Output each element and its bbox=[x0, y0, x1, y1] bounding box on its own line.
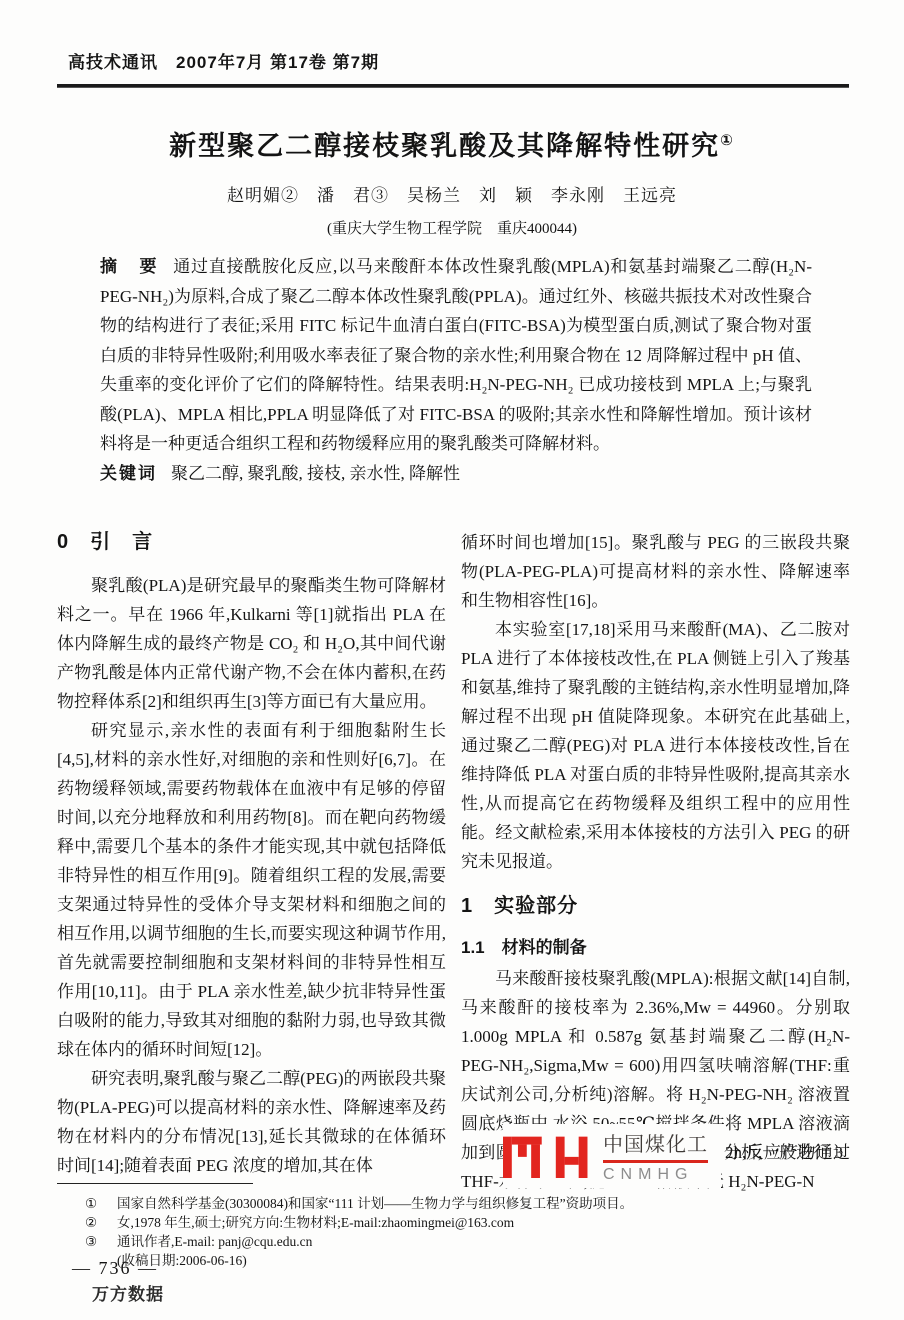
page-number: — 736 — bbox=[72, 1258, 158, 1279]
abstract-paragraph: 摘 要通过直接酰胺化反应,以马来酸酐本体改性聚乳酸(MPLA)和氨基封端聚乙二醇… bbox=[100, 252, 812, 459]
paper-page: 高技术通讯 2007年7月 第17卷 第7期 新型聚乙二醇接枝聚乳酸及其降解特性… bbox=[0, 0, 904, 1320]
footnote-3-text: 通讯作者,E-mail: panj@cqu.edu.cn bbox=[117, 1232, 312, 1251]
section-heading-intro: 0 引 言 bbox=[57, 528, 446, 557]
footnote-1: ① 国家自然科学基金(30300084)和国家“111 计划——生物力学与组织修… bbox=[85, 1194, 825, 1213]
footnote-3-marker: ③ bbox=[85, 1232, 117, 1251]
watermark-text-column: 中国煤化工 CNMHG bbox=[603, 1128, 708, 1184]
received-date: (收稿日期:2006-06-16) bbox=[117, 1251, 825, 1270]
covered-line-tail-text: 分析,一般进行 3 bbox=[724, 1138, 843, 1163]
database-mark: 万方数据 bbox=[92, 1280, 164, 1305]
keywords-text: 聚乙二醇, 聚乳酸, 接枝, 亲水性, 降解性 bbox=[171, 464, 460, 483]
intro-paragraph-2: 研究显示,亲水性的表面有利于细胞黏附生长[4,5],材料的亲水性好,对细胞的亲和… bbox=[57, 716, 446, 1064]
section-heading-experiment: 1 实验部分 bbox=[461, 892, 850, 921]
watermark-latin-text: CNMHG bbox=[603, 1166, 708, 1184]
footnote-1-text: 国家自然科学基金(30300084)和国家“111 计划——生物力学与组织修复工… bbox=[117, 1194, 633, 1213]
left-column: 0 引 言 聚乳酸(PLA)是研究最早的聚酯类生物可降解材料之一。早在 1966… bbox=[57, 528, 446, 1180]
abstract-block: 摘 要通过直接酰胺化反应,以马来酸酐本体改性聚乳酸(MPLA)和氨基封端聚乙二醇… bbox=[100, 252, 812, 488]
footnote-1-marker: ① bbox=[85, 1194, 117, 1213]
intro-paragraph-3-continued: 循环时间也增加[15]。聚乳酸与 PEG 的三嵌段共聚物(PLA-PEG-PLA… bbox=[461, 528, 850, 615]
cnmhg-watermark: 中国煤化工 CNMHG bbox=[503, 1124, 721, 1188]
footnote-2: ② 女,1978 年生,硕士;研究方向:生物材料;E-mail:zhaoming… bbox=[85, 1213, 825, 1232]
keywords-label: 关键词 bbox=[100, 464, 157, 483]
header-rule bbox=[57, 84, 849, 88]
cnmhg-logo-icon bbox=[503, 1133, 591, 1179]
paper-title-text: 新型聚乙二醇接枝聚乳酸及其降解特性研究 bbox=[169, 131, 720, 161]
affiliation-line: (重庆大学生物工程学院 重庆400044) bbox=[57, 217, 847, 238]
abstract-text: 通过直接酰胺化反应,以马来酸酐本体改性聚乳酸(MPLA)和氨基封端聚乙二醇(H₂… bbox=[100, 257, 812, 453]
footnote-3: ③ 通讯作者,E-mail: panj@cqu.edu.cn bbox=[85, 1232, 825, 1251]
title-footnote-mark: ① bbox=[720, 132, 735, 149]
watermark-chinese-text: 中国煤化工 bbox=[603, 1128, 708, 1163]
intro-paragraph-1: 聚乳酸(PLA)是研究最早的聚酯类生物可降解材料之一。早在 1966 年,Kul… bbox=[57, 571, 446, 716]
keywords-line: 关键词聚乙二醇, 聚乳酸, 接枝, 亲水性, 降解性 bbox=[100, 459, 812, 489]
footnotes-block: ① 国家自然科学基金(30300084)和国家“111 计划——生物力学与组织修… bbox=[85, 1194, 825, 1270]
right-column: 循环时间也增加[15]。聚乳酸与 PEG 的三嵌段共聚物(PLA-PEG-PLA… bbox=[461, 528, 850, 1196]
footnote-2-marker: ② bbox=[85, 1213, 117, 1232]
subsection-heading-materials: 1.1 材料的制备 bbox=[461, 933, 850, 962]
journal-header: 高技术通讯 2007年7月 第17卷 第7期 bbox=[68, 48, 379, 73]
intro-paragraph-3: 研究表明,聚乳酸与聚乙二醇(PEG)的两嵌段共聚物(PLA-PEG)可以提高材料… bbox=[57, 1064, 446, 1180]
intro-paragraph-4: 本实验室[17,18]采用马来酸酐(MA)、乙二胺对 PLA 进行了本体接枝改性… bbox=[461, 615, 850, 876]
authors-line: 赵明媚② 潘 君③ 吴杨兰 刘 颖 李永刚 王远亮 bbox=[57, 181, 847, 206]
abstract-label: 摘 要 bbox=[100, 257, 159, 276]
footnote-2-text: 女,1978 年生,硕士;研究方向:生物材料;E-mail:zhaomingme… bbox=[117, 1213, 514, 1232]
footnote-divider bbox=[57, 1183, 253, 1184]
paper-title: 新型聚乙二醇接枝聚乳酸及其降解特性研究① bbox=[57, 124, 847, 163]
